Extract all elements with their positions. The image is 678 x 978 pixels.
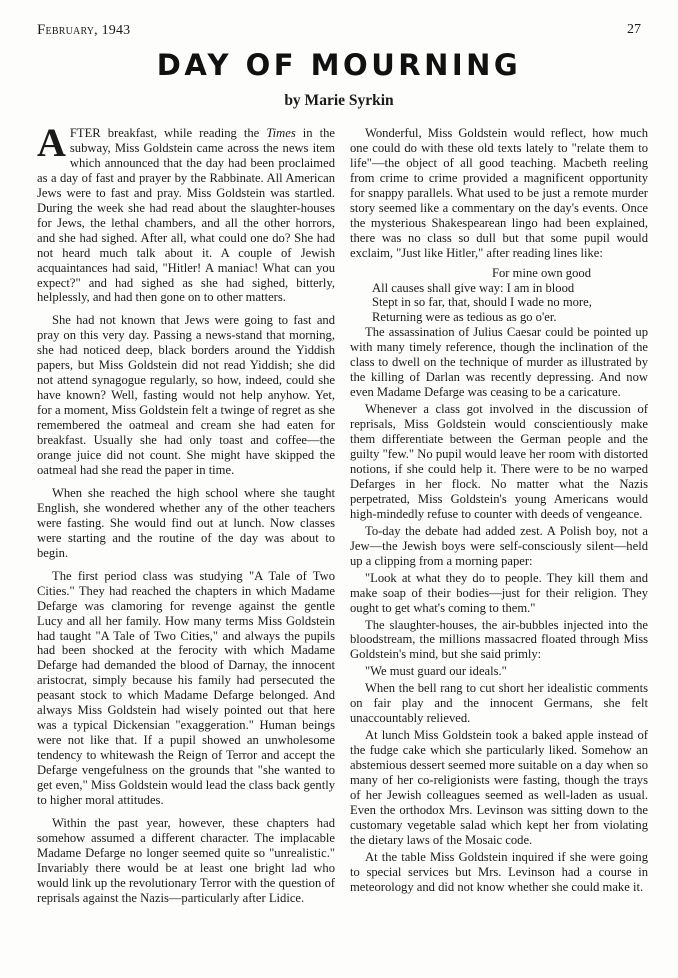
verse-line: Returning were as tedious as go o'er.	[350, 310, 648, 325]
article-byline: by Marie Syrkin	[0, 92, 678, 110]
verse-line: Stept in so far, that, should I wade no …	[350, 295, 648, 310]
paragraph: Whenever a class got involved in the dis…	[350, 402, 648, 522]
paragraph: "Look at what they do to people. They ki…	[350, 571, 648, 616]
paragraph: When the bell rang to cut short her idea…	[350, 681, 648, 726]
running-head: February, 1943 27	[37, 22, 641, 42]
right-column: Wonderful, Miss Goldstein would reflect,…	[350, 126, 648, 897]
paragraph: The assassination of Julius Caesar could…	[350, 325, 648, 400]
paragraph: At the table Miss Goldstein inquired if …	[350, 850, 648, 895]
left-column: AFTER breakfast, while reading the Times…	[37, 126, 335, 914]
issue-date-rest: ebruary, 1943	[46, 23, 131, 38]
paragraph: "We must guard our ideals."	[350, 664, 648, 679]
article-title: DAY OF MOURNING	[0, 48, 678, 82]
paragraph: When she reached the high school where s…	[37, 486, 335, 561]
verse-quote: For mine own good All causes shall give …	[350, 266, 648, 326]
paragraph-lead: FTER breakfast, while reading the	[70, 126, 266, 140]
paragraph: Within the past year, however, these cha…	[37, 816, 335, 906]
issue-date-initial: F	[37, 22, 46, 38]
verse-line: All causes shall give way: I am in blood	[350, 281, 648, 296]
paragraph-text: in the subway, Miss Goldstein came acros…	[37, 126, 335, 304]
issue-date: February, 1943	[37, 22, 130, 39]
paragraph: She had not known that Jews were going t…	[37, 313, 335, 477]
paragraph: AFTER breakfast, while reading the Times…	[37, 126, 335, 305]
paragraph: The slaughter-houses, the air-bubbles in…	[350, 618, 648, 663]
paragraph: At lunch Miss Goldstein took a baked app…	[350, 728, 648, 848]
paragraph: The first period class was studying "A T…	[37, 569, 335, 808]
paragraph: To-day the debate had added zest. A Poli…	[350, 524, 648, 569]
paragraph: Wonderful, Miss Goldstein would reflect,…	[350, 126, 648, 261]
newspaper-title: Times	[266, 126, 295, 140]
drop-cap: A	[37, 128, 66, 158]
page-number: 27	[627, 22, 641, 38]
verse-line: For mine own good	[350, 266, 648, 281]
